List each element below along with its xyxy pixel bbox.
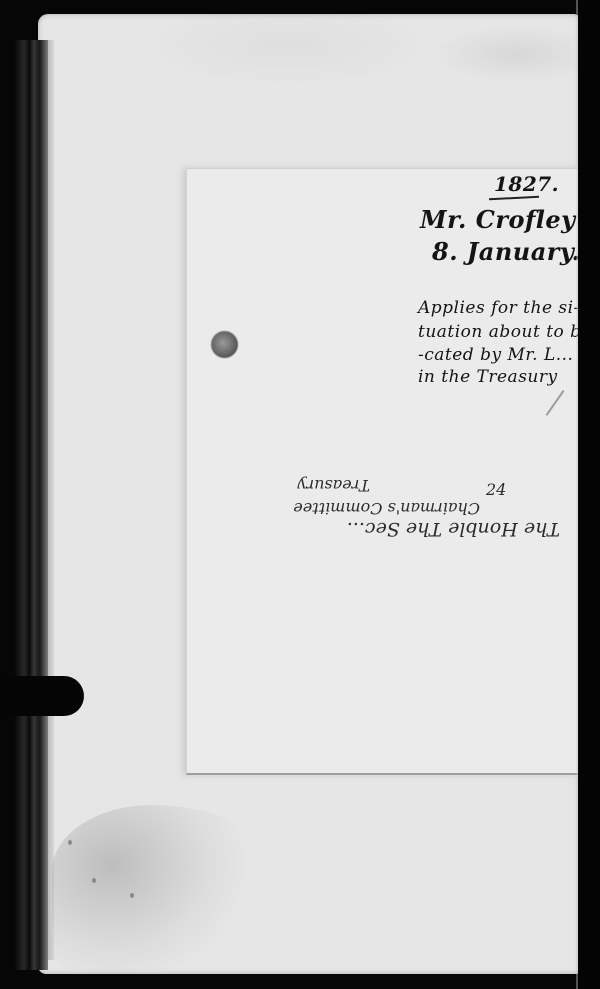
summary-line: tuation about to be — [418, 322, 592, 342]
docket-name: Mr. Crofley — [420, 205, 576, 234]
inverted-folio-number: 24 — [486, 480, 506, 499]
binding-tab — [0, 676, 84, 716]
punch-hole — [211, 331, 238, 358]
stain-spot — [130, 893, 134, 898]
docket-year: 1827. — [494, 172, 559, 196]
docket-date: 8. January. — [432, 237, 580, 266]
binding-gutter — [14, 40, 48, 970]
summary-line: in the Treasury — [418, 367, 558, 387]
inverted-address-line: Chairman's Committee — [293, 499, 480, 518]
summary-line: -cated by Mr. L... — [418, 345, 573, 365]
stain-spot — [68, 840, 72, 845]
summary-line: Applies for the si- — [418, 298, 580, 318]
stain-spot — [92, 878, 96, 883]
inverted-address-line: The Honble The Sec... — [347, 518, 560, 540]
scan-right-border — [578, 0, 600, 989]
inverted-address-line: Treasury — [297, 476, 370, 495]
